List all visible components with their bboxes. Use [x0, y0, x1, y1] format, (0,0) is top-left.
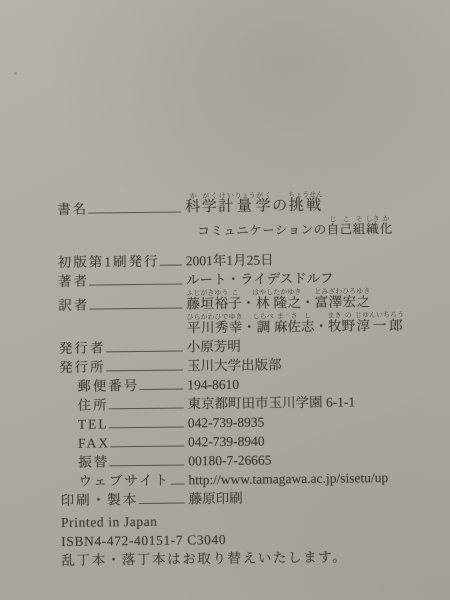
leader-line [109, 464, 184, 466]
row-left-indent: 住所 [59, 394, 187, 415]
row-left: 発行者 [59, 337, 187, 358]
leader-line [88, 211, 181, 213]
leader-line [89, 307, 182, 309]
book-subtitle-text: コミュニケーションの自じ己こ組そ織しき化か [197, 214, 427, 241]
edition-label: 初版第1刷発行 [58, 252, 160, 272]
leader-line [105, 350, 183, 352]
book-colophon-page-photo: 書名 科か学がく計けい量りょう学がくの挑戦ちょうせん コミュニケーションの自じ己… [0, 0, 450, 600]
leader-line [160, 264, 182, 265]
book-title-label: 書名 [57, 200, 88, 219]
edition-left: 初版第1刷発行 [58, 251, 186, 272]
leader-line [139, 388, 183, 390]
leader-line [109, 407, 184, 409]
leader-line [109, 426, 184, 428]
translators-label: 訳者 [58, 296, 89, 315]
fax-label: FAX [78, 433, 110, 452]
row-left-indent: ウェブサイト [60, 470, 188, 491]
leader-line [89, 283, 182, 285]
row-left: 印刷・製本 [61, 489, 189, 510]
defective-copy-notice: 乱丁本・落丁本はお取り替えいたします。 [61, 546, 431, 570]
postal-code-value: 194-8610 [187, 375, 239, 395]
leader-line [138, 502, 185, 504]
postal-code-label: 郵便番号 [77, 376, 139, 396]
address-label: 住所 [77, 395, 108, 414]
leader-line [170, 483, 184, 484]
tel-label: TEL [78, 414, 109, 433]
publisher-person-name: 小原芳明 [187, 337, 241, 357]
paper-speck [14, 72, 17, 75]
publisher-house-label: 発行所 [59, 357, 106, 377]
fax-value: 042-739-8940 [188, 431, 265, 451]
publisher-house-name: 玉川大学出版部 [187, 355, 282, 375]
website-label: ウェブサイト [78, 471, 170, 491]
row-left: 発行所 [59, 356, 187, 377]
row-left-indent: FAX [60, 432, 188, 453]
translators-left: 訳者 [58, 294, 186, 315]
colophon-text-block: 書名 科か学がく計けい量りょう学がくの挑戦ちょうせん コミュニケーションの自じ己… [57, 189, 432, 569]
translators-names-line2: 平川ひらかわ秀幸ひでゆき・調しらべ麻ま佐さ志し・牧まき野の淳一郎じゆんいちろう [186, 310, 428, 337]
leader-line [110, 445, 184, 447]
postal-transfer-value: 00180-7-26665 [188, 450, 271, 470]
author-name: ルート・ライデスドルフ [186, 269, 334, 290]
address-value: 東京都町田市玉川学園 6-1-1 [187, 392, 355, 413]
author-left: 著者 [58, 270, 186, 291]
printer-name: 藤原印刷 [189, 489, 243, 509]
postal-transfer-label: 振替 [78, 452, 109, 471]
website-url: http://www.tamagawa.ac.jp/sisetu/up [188, 468, 388, 489]
translators-names-line1: 藤垣ふじがき裕ゆう子こ・林はやし隆之たかゆき・富澤とみざわ宏之ひろゆき [186, 287, 370, 313]
publisher-person-label: 発行者 [59, 338, 106, 358]
book-title-text: 科か学がく計けい量りょう学がくの挑戦ちょうせん [185, 191, 323, 218]
row-left-indent: 郵便番号 [59, 375, 187, 396]
row-left-indent: TEL [60, 413, 188, 434]
tel-value: 042-739-8935 [188, 412, 265, 432]
book-title-left: 書名 [57, 198, 185, 219]
row-left-indent: 振替 [60, 451, 188, 472]
printer-label: 印刷・製本 [61, 490, 139, 510]
edition-date: 2001年1月25日 [186, 250, 274, 270]
author-label: 著者 [58, 272, 89, 291]
leader-line [106, 369, 184, 371]
